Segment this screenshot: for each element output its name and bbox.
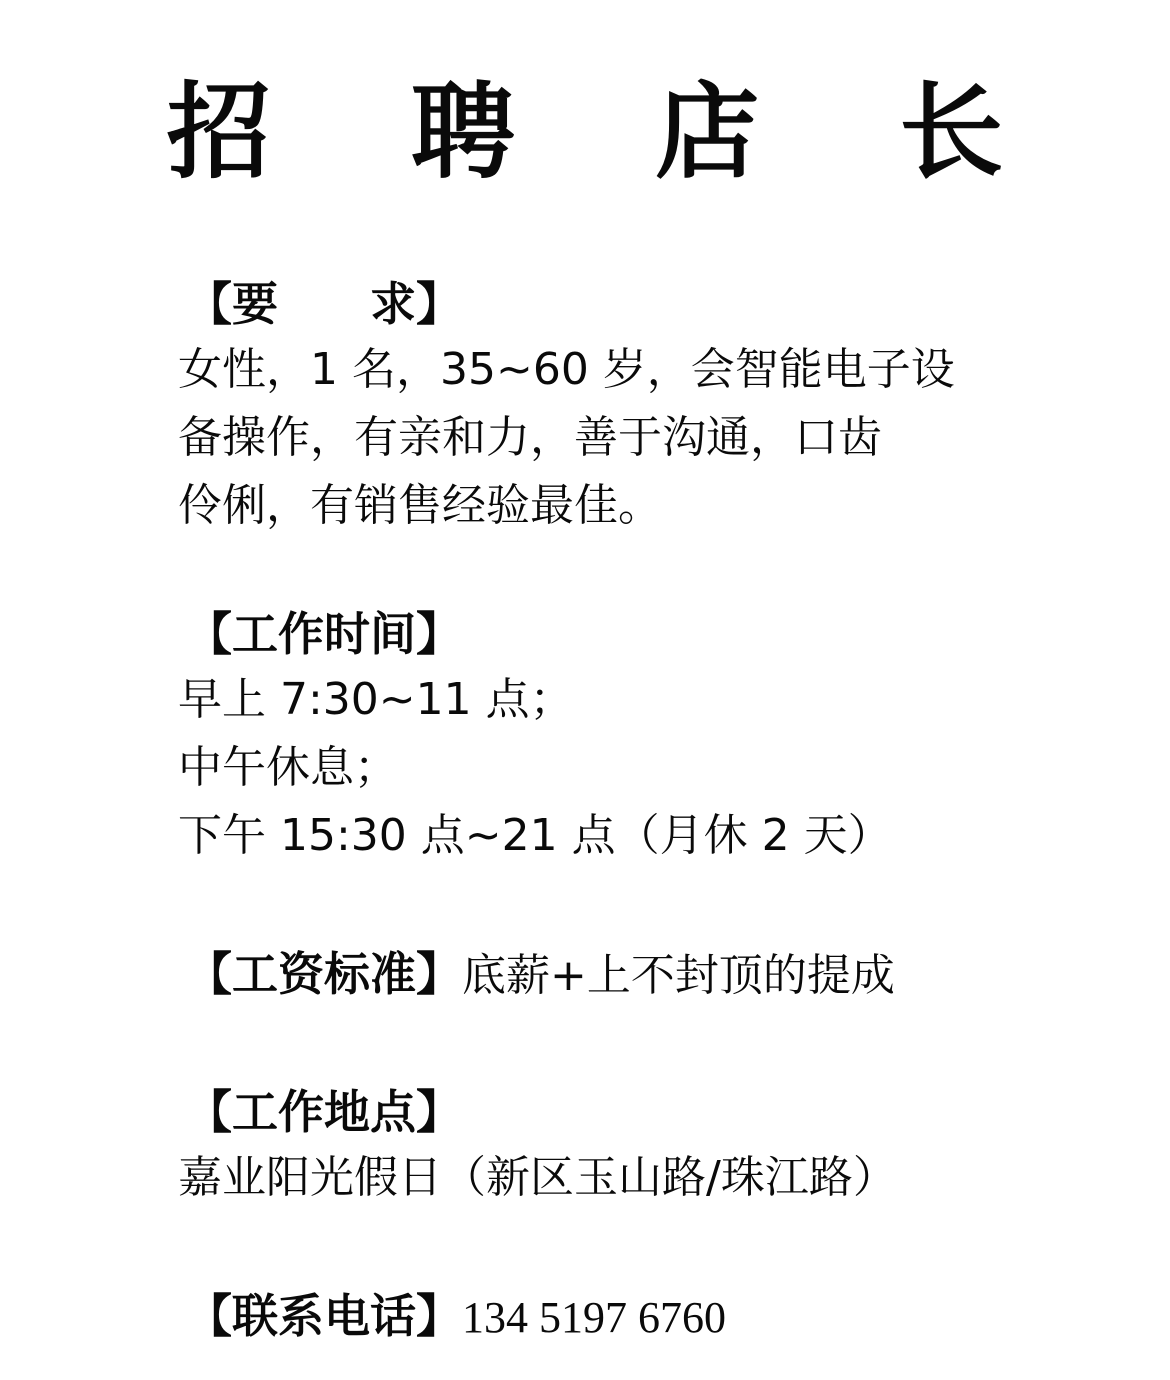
salary-heading: 【工资标准】 [186,947,462,1001]
hours-section: 【工作时间】 早上 7:30~11 点； 中午休息； 下午 15:30 点~21… [178,602,1018,870]
location-value: 嘉业阳光假日（新区玉山路/珠江路） [178,1144,1018,1212]
contact-phone[interactable]: 134 5197 6760 [462,1293,726,1342]
hours-line: 中午休息； [178,734,1018,802]
contact-heading: 【联系电话】 [186,1289,462,1343]
hours-heading: 【工作时间】 [186,602,1018,666]
job-posting-body: 【要 求】 女性，1 名，35~60 岁，会智能电子设 备操作，有亲和力，善于沟… [178,272,1018,1350]
hours-line: 早上 7:30~11 点； [178,666,1018,734]
salary-value: 底薪+上不封顶的提成 [462,950,895,1001]
location-section: 【工作地点】 嘉业阳光假日（新区玉山路/珠江路） [178,1080,1018,1212]
location-heading: 【工作地点】 [186,1080,1018,1144]
salary-section: 【工资标准】底薪+上不封顶的提成 [186,942,1018,1008]
requirements-line: 伶俐，有销售经验最佳。 [178,472,1018,540]
requirements-section: 【要 求】 女性，1 名，35~60 岁，会智能电子设 备操作，有亲和力，善于沟… [178,272,1018,540]
contact-section: 【联系电话】134 5197 6760 [186,1284,1018,1350]
requirements-line: 女性，1 名，35~60 岁，会智能电子设 [178,336,1018,404]
requirements-heading: 【要 求】 [186,272,1018,336]
hours-line: 下午 15:30 点~21 点（月休 2 天） [178,802,1018,870]
page-title: 招 聘 店 长 [0,70,1170,195]
requirements-line: 备操作，有亲和力，善于沟通，口齿 [178,404,1018,472]
